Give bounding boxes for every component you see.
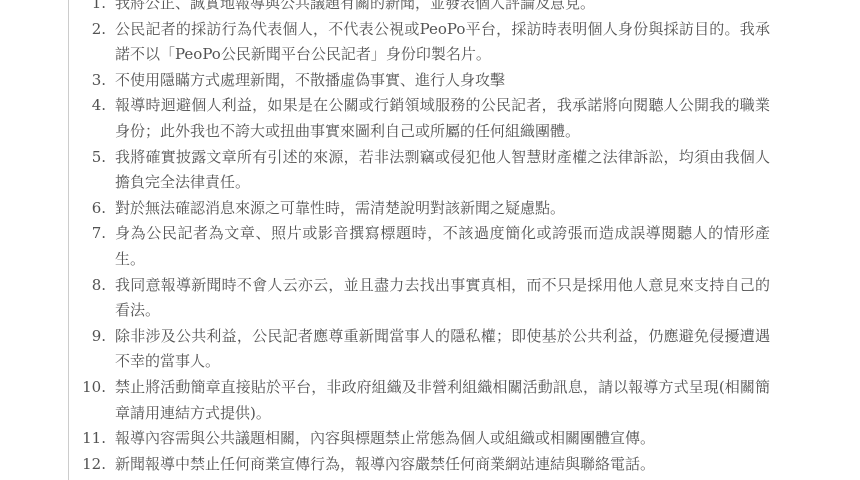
list-item-text: 除非涉及公共利益，公民記者應尊重新聞當事人的隱私權；即使基於公共利益，仍應避免侵… xyxy=(115,324,770,375)
list-item-text: 報導內容需與公共議題相關，內容與標題禁止常態為個人或組織或相關團體宣傳。 xyxy=(115,426,770,452)
list-item: 6. 對於無法確認消息來源之可靠性時，需清楚說明對該新聞之疑慮點。 xyxy=(80,196,770,222)
list-item-text: 我同意報導新聞時不會人云亦云，並且盡力去找出事實真相，而不只是採用他人意見來支持… xyxy=(115,273,770,324)
list-item-text: 我將確實披露文章所有引述的來源，若非法剽竊或侵犯他人智慧財產權之法律訴訟，均須由… xyxy=(115,145,770,196)
list-item-number: 6. xyxy=(80,196,106,222)
list-item-text: 對於無法確認消息來源之可靠性時，需清楚說明對該新聞之疑慮點。 xyxy=(115,196,770,222)
list-item-number: 3. xyxy=(80,68,106,94)
document-page: 1. 我將公正、誠實地報導與公共議題有關的新聞，並發表個人評論及意見。 2. 公… xyxy=(0,0,860,480)
list-item: 7. 身為公民記者為文章、照片或影音撰寫標題時，不該過度簡化或誇張而造成誤導閱聽… xyxy=(80,221,770,272)
list-item: 12. 新聞報導中禁止任何商業宣傳行為，報導內容嚴禁任何商業網站連結與聯絡電話。 xyxy=(80,452,770,478)
rules-list: 1. 我將公正、誠實地報導與公共議題有關的新聞，並發表個人評論及意見。 2. 公… xyxy=(80,0,770,477)
list-item: 9. 除非涉及公共利益，公民記者應尊重新聞當事人的隱私權；即使基於公共利益，仍應… xyxy=(80,324,770,375)
list-item-number: 5. xyxy=(80,145,106,171)
list-item-number: 1. xyxy=(80,0,106,17)
list-item-text: 公民記者的採訪行為代表個人，不代表公視或PeoPo平台，採訪時表明個人身份與採訪… xyxy=(115,17,770,68)
list-item: 1. 我將公正、誠實地報導與公共議題有關的新聞，並發表個人評論及意見。 xyxy=(80,0,770,17)
content-left-divider xyxy=(68,0,69,480)
list-item-number: 10. xyxy=(80,375,106,401)
list-item-text: 禁止將活動簡章直接貼於平台，非政府組織及非營利組織相關活動訊息，請以報導方式呈現… xyxy=(115,375,770,426)
list-item-text: 身為公民記者為文章、照片或影音撰寫標題時，不該過度簡化或誇張而造成誤導閱聽人的情… xyxy=(115,221,770,272)
list-item-number: 8. xyxy=(80,273,106,299)
list-item: 5. 我將確實披露文章所有引述的來源，若非法剽竊或侵犯他人智慧財產權之法律訴訟，… xyxy=(80,145,770,196)
list-item-text: 我將公正、誠實地報導與公共議題有關的新聞，並發表個人評論及意見。 xyxy=(115,0,770,17)
list-item: 8. 我同意報導新聞時不會人云亦云，並且盡力去找出事實真相，而不只是採用他人意見… xyxy=(80,273,770,324)
list-item-number: 9. xyxy=(80,324,106,350)
list-item-number: 2. xyxy=(80,17,106,43)
list-item: 4. 報導時迴避個人利益，如果是在公關或行銷領域服務的公民記者，我承諾將向閱聽人… xyxy=(80,93,770,144)
list-item-number: 11. xyxy=(80,426,106,452)
list-item-number: 12. xyxy=(80,452,106,478)
list-item-text: 不使用隱瞞方式處理新聞，不散播虛偽事實、進行人身攻擊 xyxy=(115,68,770,94)
list-item: 11. 報導內容需與公共議題相關，內容與標題禁止常態為個人或組織或相關團體宣傳。 xyxy=(80,426,770,452)
list-item-text: 新聞報導中禁止任何商業宣傳行為，報導內容嚴禁任何商業網站連結與聯絡電話。 xyxy=(115,452,770,478)
list-item-text: 報導時迴避個人利益，如果是在公關或行銷領域服務的公民記者，我承諾將向閱聽人公開我… xyxy=(115,93,770,144)
list-item-number: 7. xyxy=(80,221,106,247)
list-item: 3. 不使用隱瞞方式處理新聞，不散播虛偽事實、進行人身攻擊 xyxy=(80,68,770,94)
list-item: 10. 禁止將活動簡章直接貼於平台，非政府組織及非營利組織相關活動訊息，請以報導… xyxy=(80,375,770,426)
list-item: 2. 公民記者的採訪行為代表個人，不代表公視或PeoPo平台，採訪時表明個人身份… xyxy=(80,17,770,68)
list-item-number: 4. xyxy=(80,93,106,119)
